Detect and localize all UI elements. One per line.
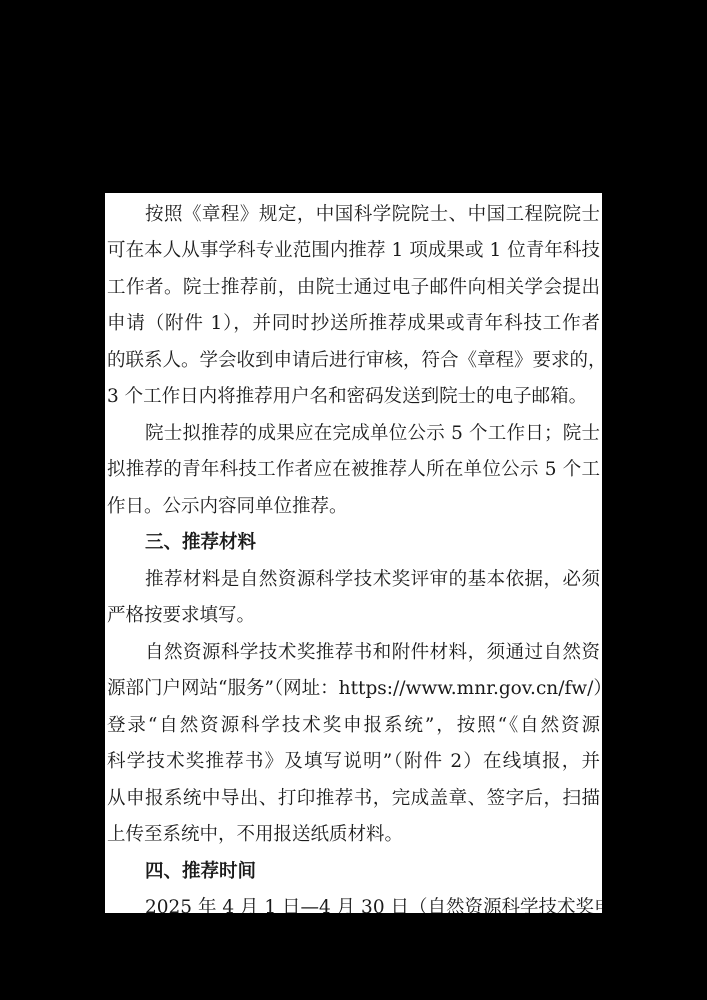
paragraph-line: 自然资源科学技术奖推荐书和附件材料，须通过自然资: [145, 638, 600, 668]
section-heading: 三、推荐材料: [145, 528, 600, 558]
paragraph-line: 院士拟推荐的成果应在完成单位公示 5 个工作日；院士: [145, 419, 600, 449]
paragraph-line: 3 个工作日内将推荐用户名和密码发送到院士的电子邮箱。: [107, 382, 600, 412]
paragraph-line: 可在本人从事学科专业范围内推荐 1 项成果或 1 位青年科技: [107, 236, 600, 266]
paragraph-line: 拟推荐的青年科技工作者应在被推荐人所在单位公示 5 个工: [107, 455, 600, 485]
paragraph-line: 登录“自然资源科学技术奖申报系统”，按照“《自然资源: [107, 711, 600, 741]
paragraph-line-with-url: 源部门户网站“服务”（网址：https://www.mnr.gov.cn/fw/…: [107, 674, 600, 704]
paragraph-line: 2025 年 4 月 1 日—4 月 30 日（自然资源科学技术奖申报: [145, 893, 600, 913]
paragraph-line: 推荐材料是自然资源科学技术奖评审的基本依据，必须: [145, 565, 600, 595]
paragraph-line: 申请（附件 1），并同时抄送所推荐成果或青年科技工作者: [107, 309, 600, 339]
paragraph-line: 按照《章程》规定，中国科学院院士、中国工程院院士: [145, 200, 600, 230]
paragraph-line: 从申报系统中导出、打印推荐书，完成盖章、签字后，扫描: [107, 784, 600, 814]
paragraph-line: 工作者。院士推荐前，由院士通过电子邮件向相关学会提出: [107, 273, 600, 303]
paragraph-line: 严格按要求填写。: [107, 601, 600, 631]
paragraph-line: 上传至系统中，不用报送纸质材料。: [107, 820, 600, 850]
paragraph-line: 作日。公示内容同单位推荐。: [107, 492, 600, 522]
paragraph-line: 的联系人。学会收到申请后进行审核，符合《章程》要求的，: [107, 346, 600, 376]
document-page: 按照《章程》规定，中国科学院院士、中国工程院院士 可在本人从事学科专业范围内推荐…: [105, 193, 602, 913]
paragraph-line: 科学技术奖推荐书》及填写说明”（附件 2）在线填报，并: [107, 747, 600, 777]
section-heading: 四、推荐时间: [145, 857, 600, 887]
